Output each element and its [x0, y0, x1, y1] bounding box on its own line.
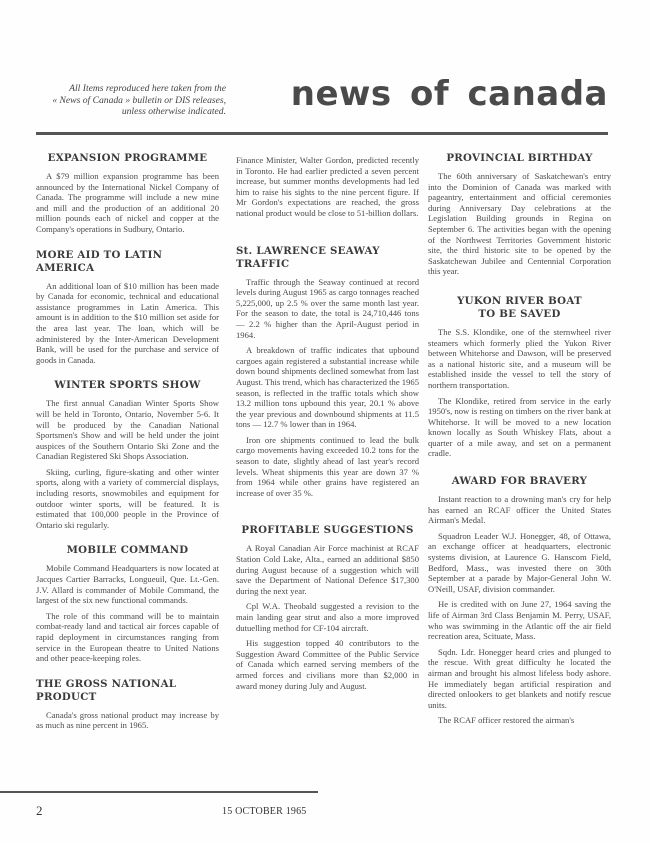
- article-gnp-continued: Finance Minister, Walter Gordon, predict…: [236, 155, 419, 219]
- publication-title: news of canada: [291, 74, 608, 114]
- masthead-rule: [36, 132, 608, 135]
- article-headline: WINTER SPORTS SHOW: [36, 379, 219, 392]
- article-paragraph: The first annual Canadian Winter Sports …: [36, 398, 219, 462]
- article-paragraph: Instant reaction to a drowning man's cry…: [428, 494, 611, 526]
- article-paragraph: Cpl W.A. Theobald suggested a revision t…: [236, 601, 419, 633]
- article-headline: THE GROSS NATIONAL PRODUCT: [36, 678, 219, 704]
- article-paragraph: The RCAF officer restored the airman's: [428, 715, 611, 726]
- issue-date: 15 OCTOBER 1965: [222, 806, 307, 817]
- article-paragraph: A Royal Canadian Air Force machinist at …: [236, 543, 419, 596]
- article-headline: AWARD FOR BRAVERY: [428, 475, 611, 488]
- column-right: PROVINCIAL BIRTHDAY The 60th anniversary…: [428, 152, 611, 740]
- article-headline: MOBILE COMMAND: [36, 544, 219, 557]
- column-middle: Finance Minister, Walter Gordon, predict…: [236, 155, 419, 705]
- article-more-aid-latin-america: MORE AID TO LATIN AMERICA An additional …: [36, 249, 219, 366]
- column-left: EXPANSION PROGRAMME A $79 million expans…: [36, 152, 219, 745]
- article-award-for-bravery: AWARD FOR BRAVERY Instant reaction to a …: [428, 475, 611, 726]
- article-headline: YUKON RIVER BOAT TO BE SAVED: [428, 295, 611, 321]
- article-paragraph: Mobile Command Headquarters is now locat…: [36, 563, 219, 605]
- article-profitable-suggestions: PROFITABLE SUGGESTIONS A Royal Canadian …: [236, 524, 419, 691]
- article-headline: PROVINCIAL BIRTHDAY: [428, 152, 611, 165]
- article-paragraph: Finance Minister, Walter Gordon, predict…: [236, 155, 419, 219]
- article-gross-national-product: THE GROSS NATIONAL PRODUCT Canada's gros…: [36, 678, 219, 731]
- article-headline: PROFITABLE SUGGESTIONS: [236, 524, 419, 537]
- article-paragraph: Squadron Leader W.J. Honegger, 48, of Ot…: [428, 531, 611, 595]
- article-paragraph: Skiing, curling, figure-skating and othe…: [36, 467, 219, 531]
- source-credit-note: All Items reproduced here taken from the…: [36, 83, 226, 118]
- article-yukon-river-boat: YUKON RIVER BOAT TO BE SAVED The S.S. Kl…: [428, 295, 611, 459]
- article-headline: EXPANSION PROGRAMME: [36, 152, 219, 165]
- article-mobile-command: MOBILE COMMAND Mobile Command Headquarte…: [36, 544, 219, 663]
- credit-line: « News of Canada » bulletin or DIS relea…: [36, 95, 226, 107]
- article-paragraph: An additional loan of $10 million has be…: [36, 281, 219, 366]
- article-paragraph: The S.S. Klondike, one of the sternwheel…: [428, 327, 611, 391]
- newsletter-page: All Items reproduced here taken from the…: [0, 0, 650, 843]
- article-headline: St. LAWRENCE SEAWAY TRAFFIC: [236, 245, 419, 271]
- article-paragraph: The role of this command will be to main…: [36, 611, 219, 664]
- article-paragraph: Sqdn. Ldr. Honegger heard cries and plun…: [428, 647, 611, 711]
- article-winter-sports-show: WINTER SPORTS SHOW The first annual Cana…: [36, 379, 219, 530]
- article-paragraph: A breakdown of traffic indicates that up…: [236, 345, 419, 430]
- article-paragraph: He is credited with on June 27, 1964 sav…: [428, 599, 611, 641]
- masthead: All Items reproduced here taken from the…: [0, 70, 650, 130]
- article-expansion-programme: EXPANSION PROGRAMME A $79 million expans…: [36, 152, 219, 235]
- article-headline: MORE AID TO LATIN AMERICA: [36, 249, 219, 275]
- credit-line: unless otherwise indicated.: [36, 106, 226, 118]
- footer-rule: [0, 791, 318, 793]
- article-paragraph: The Klondike, retired from service in th…: [428, 396, 611, 460]
- article-paragraph: Canada's gross national product may incr…: [36, 710, 219, 731]
- article-seaway-traffic: St. LAWRENCE SEAWAY TRAFFIC Traffic thro…: [236, 245, 419, 499]
- article-provincial-birthday: PROVINCIAL BIRTHDAY The 60th anniversary…: [428, 152, 611, 277]
- article-paragraph: Iron ore shipments continued to lead the…: [236, 435, 419, 499]
- article-paragraph: The 60th anniversary of Saskatchewan's e…: [428, 171, 611, 277]
- article-paragraph: Traffic through the Seaway continued at …: [236, 277, 419, 341]
- credit-line: All Items reproduced here taken from the: [36, 83, 226, 95]
- article-paragraph: His suggestion topped 40 contributors to…: [236, 638, 419, 691]
- page-number: 2: [36, 803, 43, 819]
- article-paragraph: A $79 million expansion programme has be…: [36, 171, 219, 235]
